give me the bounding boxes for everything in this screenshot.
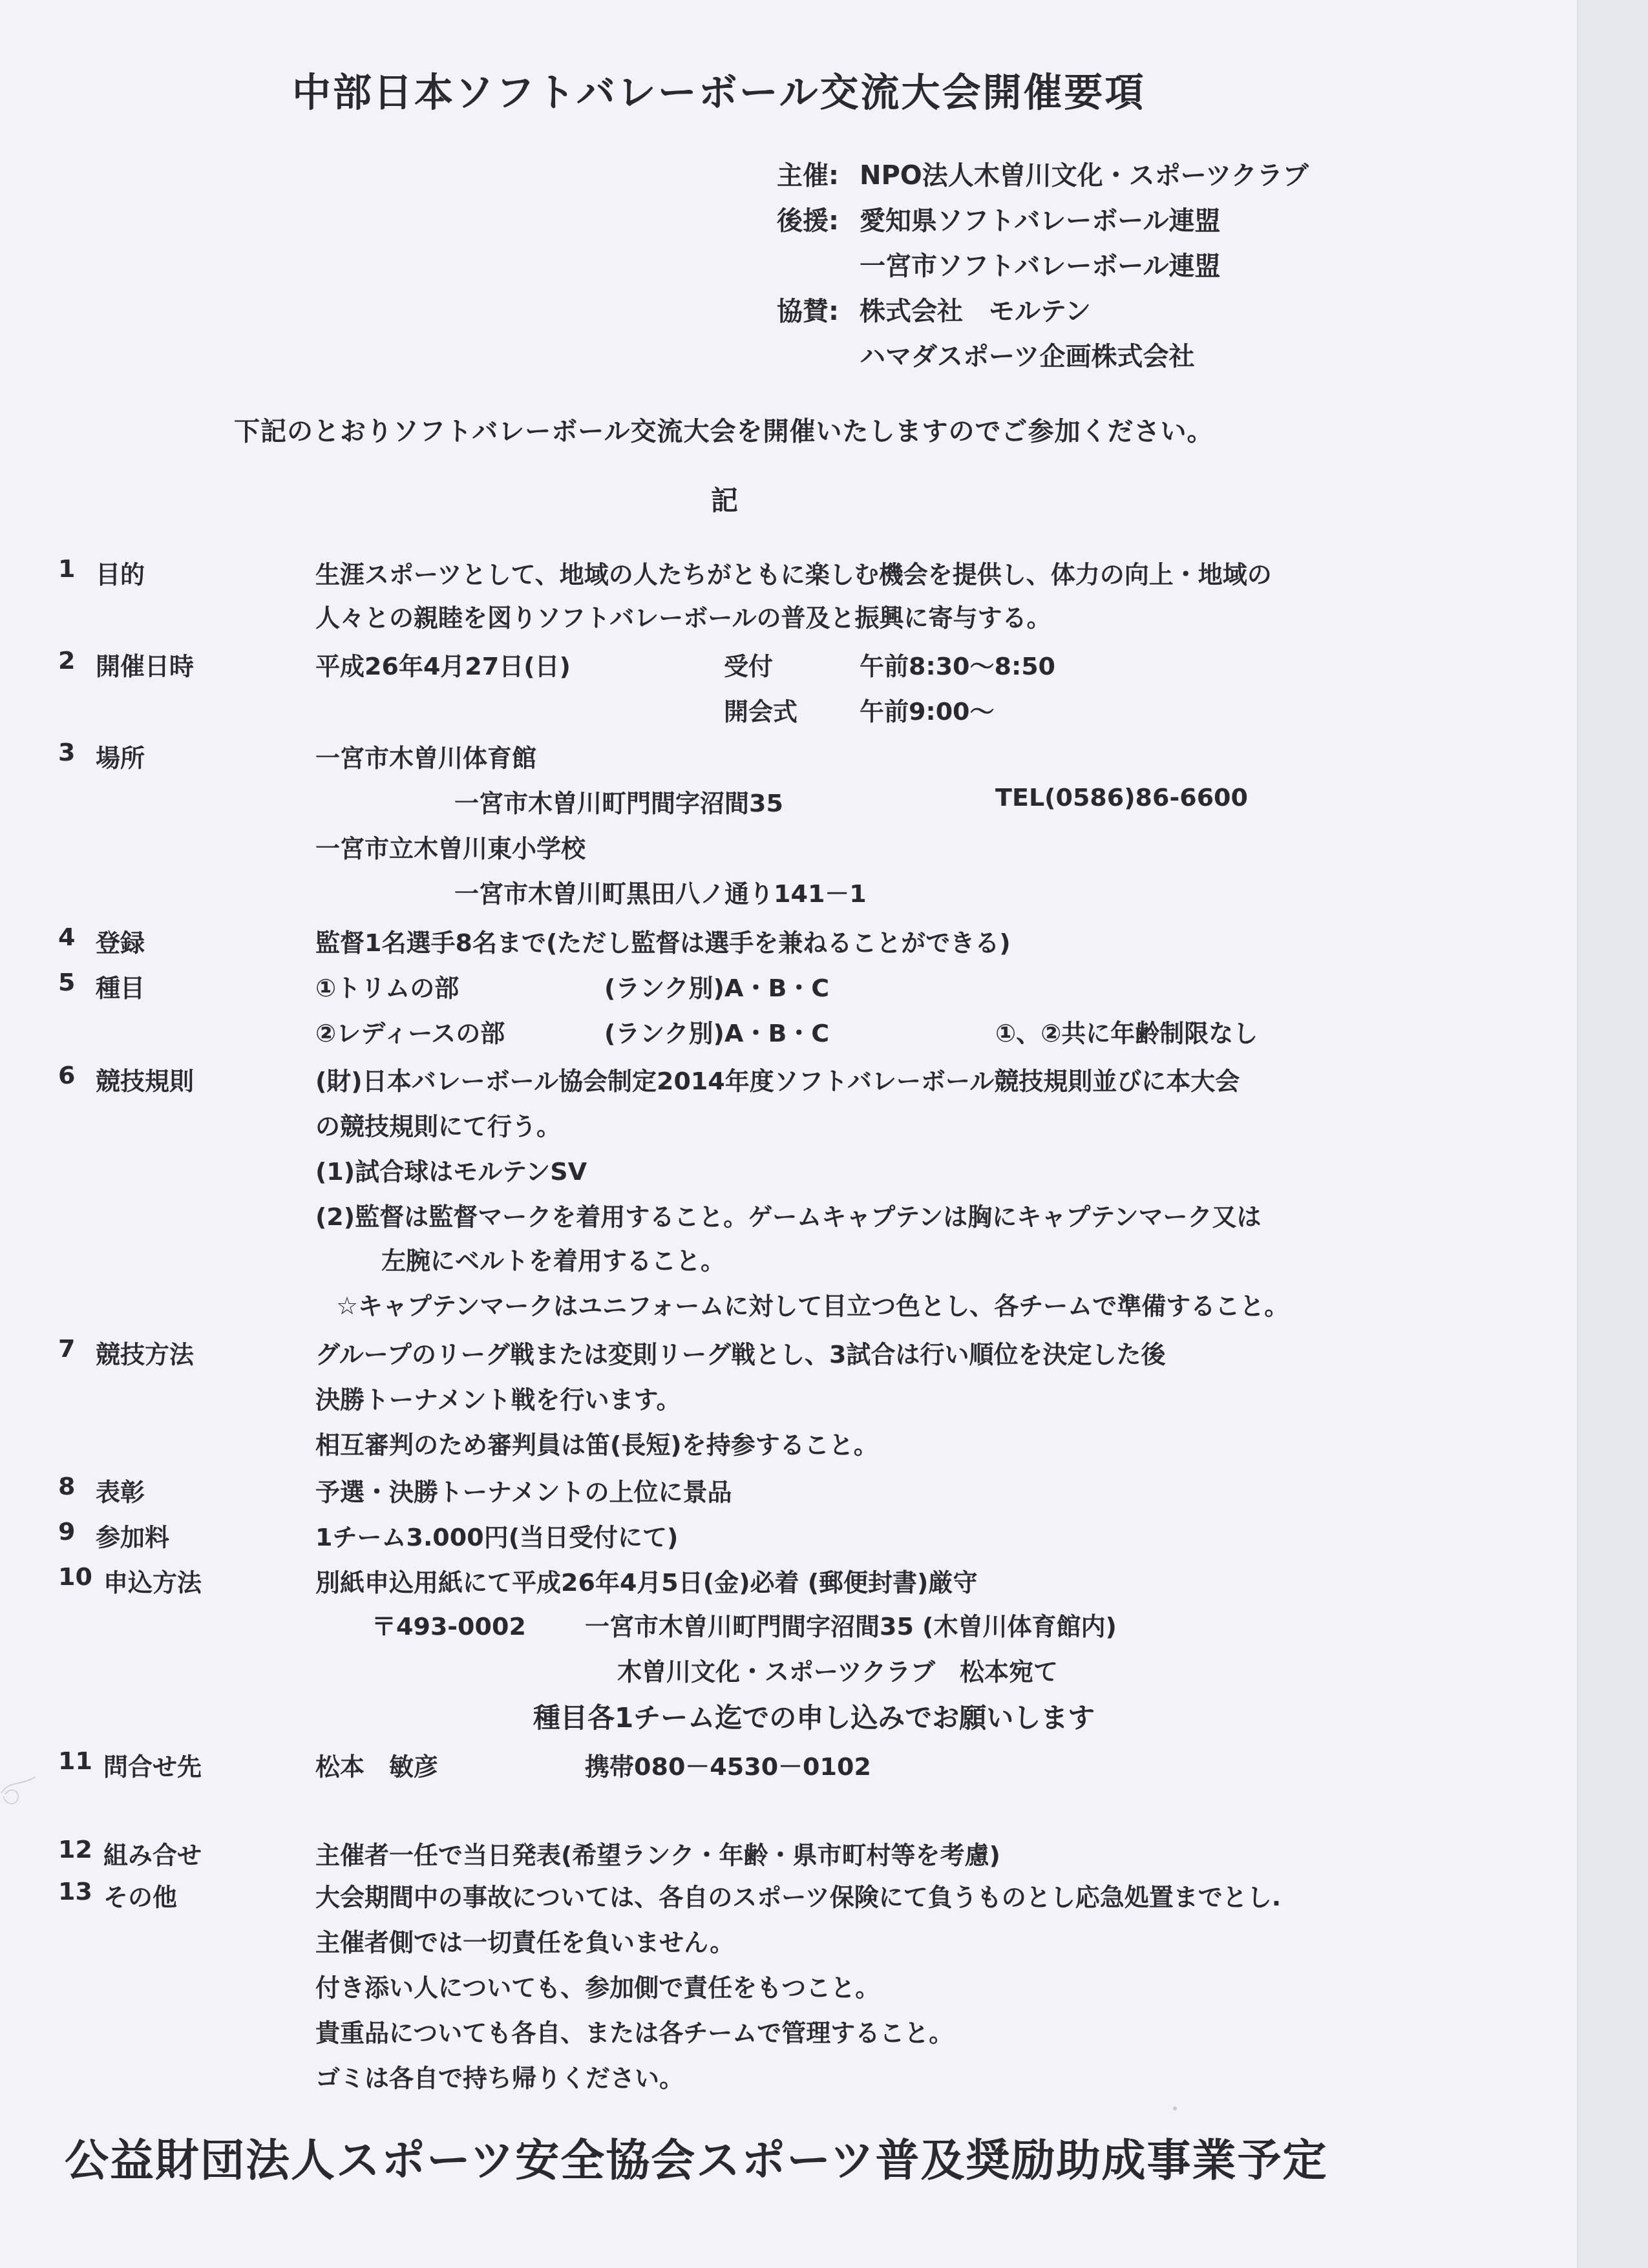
awards-text: 予選・決勝トーナメントの上位に景品 [315,1472,732,1507]
opening-label: 開会式 [724,691,798,727]
matchups-text: 主催者一任で当日発表(希望ランク・年齢・県市町村等を考慮) [315,1835,1000,1871]
section-number: 11 [58,1747,92,1775]
section-label-venue: 場所 [96,738,145,773]
event-ladies-rank: (ランク別)A・B・C [604,1013,829,1049]
section-number: 7 [58,1334,75,1363]
event-ladies: ②レディースの部 [315,1013,505,1049]
section-label-events: 種目 [96,968,145,1003]
section-number: 5 [58,968,75,996]
supporter-value-1: 愛知県ソフトバレーボール連盟 [860,200,1220,237]
section-number: 6 [58,1061,75,1089]
organizer-value: NPO法人木曽川文化・スポーツクラブ [860,155,1309,192]
section-label-datetime: 開催日時 [96,646,194,682]
venue-2-address: 一宮市木曽川町黒田八ノ通り141－1 [454,874,867,909]
rules-line-4: (2)監督は監督マークを着用すること。ゲームキャプテンは胸にキャプテンマーク又は [315,1197,1261,1232]
section-number: 8 [58,1472,75,1500]
document-page: 中部日本ソフトバレーボール交流大会開催要項 主催: NPO法人木曽川文化・スポー… [0,0,1577,2268]
postal-code: 〒493-0002 [372,1606,526,1642]
fee-text: 1チーム3.000円(当日受付にて) [315,1517,678,1553]
contact-name: 松本 敏彦 [315,1747,438,1782]
sponsor-label: 協賛: [777,291,839,328]
scanner-edge [1577,0,1648,2268]
section-number: 9 [58,1517,75,1546]
section-label-other: その他 [103,1877,177,1913]
organizer-label: 主催: [777,155,839,192]
supporter-label: 後援: [777,200,839,237]
document-title: 中部日本ソフトバレーボール交流大会開催要項 [292,62,1146,118]
other-line-3: 付き添い人についても、参加側で責任をもつこと。 [315,1968,880,2003]
reception-label: 受付 [724,646,773,682]
rules-line-5: 左腕にベルトを着用すること。 [381,1241,725,1276]
section-label-format: 競技方法 [96,1334,194,1370]
section-label-application: 申込方法 [103,1562,202,1598]
section-label-purpose: 目的 [96,554,145,590]
reception-time: 午前8:30～8:50 [860,646,1055,682]
purpose-line-2: 人々との親睦を図りソフトバレーボールの普及と振興に寄与する。 [315,598,1051,633]
other-line-4: 貴重品についても各自、または各チームで管理すること。 [315,2013,953,2048]
section-label-contact: 問合せ先 [103,1747,202,1782]
other-line-5: ゴミは各自で持ち帰りください。 [315,2058,684,2094]
rules-line-3: (1)試合球はモルテンSV [315,1151,587,1187]
sponsor-value-1: 株式会社 モルテン [860,291,1091,328]
section-number: 2 [58,646,75,675]
section-number: 13 [58,1877,92,1906]
format-line-1: グループのリーグ戦または変則リーグ戦とし、3試合は行い順位を決定した後 [315,1334,1165,1370]
section-number: 10 [58,1562,92,1591]
rules-line-1: (財)日本バレーボール協会制定2014年度ソフトバレーボール競技規則並びに本大会 [315,1061,1240,1097]
age-limit-note: ①、②共に年齢制限なし [995,1013,1258,1049]
application-text: 別紙申込用紙にて平成26年4月5日(金)必着 (郵便封書)厳守 [315,1562,977,1598]
sponsor-value-2: ハマダスポーツ企画株式会社 [860,336,1194,373]
opening-time: 午前9:00～ [860,691,995,727]
venue-1-tel: TEL(0586)86-6600 [995,783,1248,812]
section-label-fee: 参加料 [96,1517,169,1553]
event-trim-rank: (ランク別)A・B・C [604,968,829,1003]
application-address: 一宮市木曽川町門間字沼間35 (木曽川体育館内) [585,1606,1117,1642]
section-label-rules: 競技規則 [96,1061,194,1097]
scan-artifact-doodle [0,1767,39,1832]
event-date: 平成26年4月27日(日) [315,646,571,682]
rules-note-captain-mark: ☆キャプテンマークはユニフォームに対して目立つ色とし、各チームで準備すること。 [336,1286,1289,1321]
ki-heading: 記 [711,479,738,518]
footer-grant-note: 公益財団法人スポーツ安全協会スポーツ普及奨励助成事業予定 [65,2126,1328,2189]
venue-1-name: 一宮市木曽川体育館 [315,738,536,773]
section-label-awards: 表彰 [96,1472,145,1507]
format-line-2: 決勝トーナメント戦を行います。 [315,1380,681,1415]
application-addressee: 木曽川文化・スポーツクラブ 松本宛て [617,1652,1058,1687]
intro-text: 下記のとおりソフトバレーボール交流大会を開催いたしますのでご参加ください。 [234,411,1213,448]
venue-2-name: 一宮市立木曽川東小学校 [315,828,586,864]
section-label-matchups: 組み合せ [103,1835,202,1871]
section-label-registration: 登録 [96,923,145,958]
application-notice: 種目各1チーム迄での申し込みでお願いします [533,1697,1095,1736]
supporter-value-2: 一宮市ソフトバレーボール連盟 [860,246,1220,282]
format-line-3: 相互審判のため審判員は笛(長短)を持参すること。 [315,1425,878,1460]
section-number: 4 [58,923,75,951]
rules-line-2: の競技規則にて行う。 [315,1106,561,1142]
other-line-1: 大会期間中の事故については、各自のスポーツ保険にて負うものとし応急処置までとし. [315,1877,1281,1913]
section-number: 3 [58,738,75,766]
contact-phone: 携帯080－4530－0102 [585,1747,871,1782]
event-trim: ①トリムの部 [315,968,459,1003]
venue-1-address: 一宮市木曽川町門間字沼間35 [454,783,783,819]
purpose-line-1: 生涯スポーツとして、地域の人たちがともに楽しむ機会を提供し、体力の向上・地域の [315,554,1272,590]
section-number: 12 [58,1835,92,1864]
registration-text: 監督1名選手8名まで(ただし監督は選手を兼ねることができる) [315,923,1011,958]
other-line-2: 主催者側では一切責任を負いません。 [315,1922,734,1958]
section-number: 1 [58,554,75,583]
scan-speck [1173,2106,1177,2110]
